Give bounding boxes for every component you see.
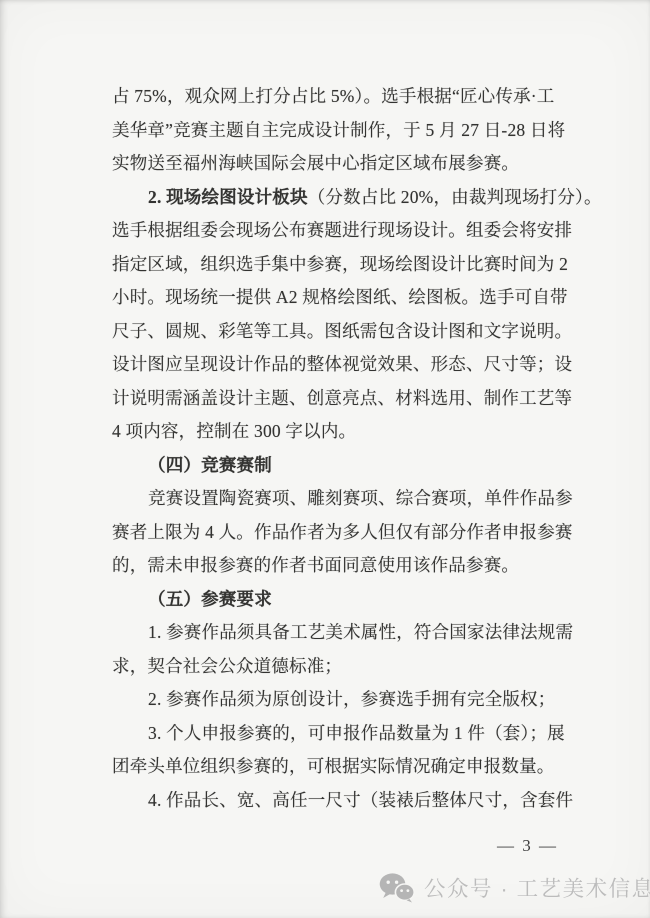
text-line: 4. 作品长、宽、高任一尺寸（装裱后整体尺寸，含套件 bbox=[112, 784, 568, 818]
document-text-body: 占 75%，观众网上打分占比 5%）。选手根据“匠心传承·工 美华章”竞赛主题自… bbox=[112, 80, 568, 817]
text-line: 3. 个人申报参赛的，可申报作品数量为 1 件（套）；展 bbox=[112, 717, 568, 751]
text-line: 4 项内容，控制在 300 字以内。 bbox=[112, 415, 568, 449]
text-line: 的，需未申报参赛的作者书面同意使用该作品参赛。 bbox=[112, 549, 568, 583]
text-line: 团牵头单位组织参赛的，可根据实际情况确定申报数量。 bbox=[112, 750, 568, 784]
line-text: 4. 作品长、宽、高任一尺寸（装裱后整体尺寸，含套件 bbox=[148, 790, 573, 810]
line-text: 竞赛设置陶瓷赛项、雕刻赛项、综合赛项，单件作品参 bbox=[148, 488, 573, 508]
line-text: 尺子、圆规、彩笔等工具。图纸需包含设计图和文字说明。 bbox=[112, 321, 572, 341]
text-line: 赛者上限为 4 人。作品作者为多人但仅有部分作者申报参赛 bbox=[112, 516, 568, 550]
line-text: 设计图应呈现设计作品的整体视觉效果、形态、尺寸等；设 bbox=[112, 354, 572, 374]
wechat-icon bbox=[379, 873, 415, 903]
line-text: 指定区域，组织选手集中参赛，现场绘图设计比赛时间为 2 bbox=[112, 254, 568, 274]
text-line: 竞赛设置陶瓷赛项、雕刻赛项、综合赛项，单件作品参 bbox=[112, 482, 568, 516]
text-line-section-2-heading: 2. 现场绘图设计板块（分数占比 20%，由裁判现场打分）。 bbox=[112, 181, 568, 215]
section-heading-4: （四）竞赛赛制 bbox=[112, 449, 568, 483]
line-text: 小时。现场统一提供 A2 规格绘图纸、绘图板。选手可自带 bbox=[112, 287, 568, 307]
line-text: （分数占比 20%，由裁判现场打分）。 bbox=[308, 187, 602, 207]
line-text: 2. 参赛作品须为原创设计，参赛选手拥有完全版权； bbox=[148, 689, 556, 709]
line-text: 实物送至福州海峡国际会展中心指定区域布展参赛。 bbox=[112, 153, 519, 173]
line-text: 赛者上限为 4 人。作品作者为多人但仅有部分作者申报参赛 bbox=[112, 522, 573, 542]
line-bold-segment: （五）参赛要求 bbox=[148, 589, 272, 609]
text-line: 指定区域，组织选手集中参赛，现场绘图设计比赛时间为 2 bbox=[112, 248, 568, 282]
text-line: 占 75%，观众网上打分占比 5%）。选手根据“匠心传承·工 bbox=[112, 80, 568, 114]
line-text: 占 75%，观众网上打分占比 5%）。选手根据“匠心传承·工 bbox=[112, 86, 555, 106]
line-text: 4 项内容，控制在 300 字以内。 bbox=[112, 421, 356, 441]
line-text: 团牵头单位组织参赛的，可根据实际情况确定申报数量。 bbox=[112, 756, 555, 776]
line-text: 选手根据组委会现场公布赛题进行现场设计。组委会将安排 bbox=[112, 220, 572, 240]
watermark-text: 公众号 · 工艺美术信息中心 bbox=[424, 872, 650, 903]
line-text: 的，需未申报参赛的作者书面同意使用该作品参赛。 bbox=[112, 555, 519, 575]
text-line: 求，契合社会公众道德标准； bbox=[112, 650, 568, 684]
section-heading-5: （五）参赛要求 bbox=[112, 583, 568, 617]
line-text: 美华章”竞赛主题自主完成设计制作，于 5 月 27 日-28 日将 bbox=[112, 120, 565, 140]
line-bold-segment: （四）竞赛赛制 bbox=[148, 455, 272, 475]
text-line: 美华章”竞赛主题自主完成设计制作，于 5 月 27 日-28 日将 bbox=[112, 114, 568, 148]
line-text: 求，契合社会公众道德标准； bbox=[112, 656, 342, 676]
text-line: 1. 参赛作品须具备工艺美术属性，符合国家法律法规需 bbox=[112, 616, 568, 650]
text-line: 2. 参赛作品须为原创设计，参赛选手拥有完全版权； bbox=[112, 683, 568, 717]
line-text: 计说明需涵盖设计主题、创意亮点、材料选用、制作工艺等 bbox=[112, 388, 572, 408]
text-line: 小时。现场统一提供 A2 规格绘图纸、绘图板。选手可自带 bbox=[112, 281, 568, 315]
scanned-document-page: 占 75%，观众网上打分占比 5%）。选手根据“匠心传承·工 美华章”竞赛主题自… bbox=[0, 0, 650, 918]
page-number: — 3 — bbox=[497, 836, 558, 856]
text-line: 实物送至福州海峡国际会展中心指定区域布展参赛。 bbox=[112, 147, 568, 181]
text-line: 设计图应呈现设计作品的整体视觉效果、形态、尺寸等；设 bbox=[112, 348, 568, 382]
line-text: 3. 个人申报参赛的，可申报作品数量为 1 件（套）；展 bbox=[148, 723, 565, 743]
line-text: 1. 参赛作品须具备工艺美术属性，符合国家法律法规需 bbox=[148, 622, 573, 642]
line-bold-segment: 2. 现场绘图设计板块 bbox=[148, 187, 308, 207]
text-line: 计说明需涵盖设计主题、创意亮点、材料选用、制作工艺等 bbox=[112, 382, 568, 416]
text-line: 选手根据组委会现场公布赛题进行现场设计。组委会将安排 bbox=[112, 214, 568, 248]
watermark: 公众号 · 工艺美术信息中心 bbox=[379, 872, 650, 903]
text-line: 尺子、圆规、彩笔等工具。图纸需包含设计图和文字说明。 bbox=[112, 315, 568, 349]
